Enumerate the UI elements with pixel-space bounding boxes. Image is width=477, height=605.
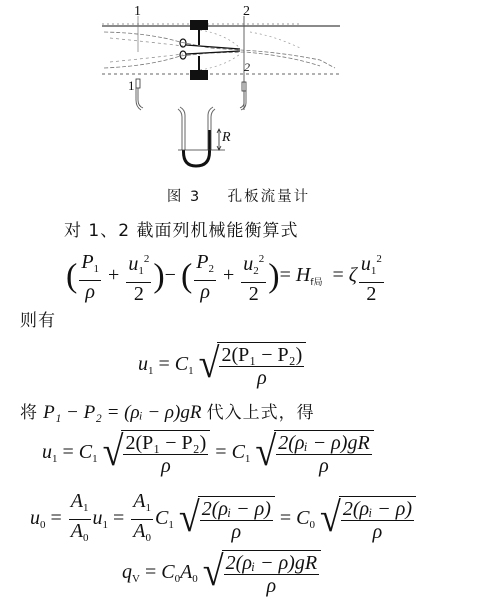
then-text: 则有 bbox=[20, 306, 56, 331]
figure-caption: 图 3 孔板流量计 bbox=[0, 185, 477, 206]
orifice-diagram-icon bbox=[0, 0, 477, 178]
substitution-text: 将 P₁ − P₂ = (ρᵢ − ρ)gR 代入上式，得 bbox=[20, 398, 315, 424]
qv-equation: qV = C0A0 √2(ρᵢ − ρ)gRρ bbox=[122, 550, 321, 597]
reading-r-label: R bbox=[222, 130, 231, 146]
orifice-flowmeter-figure: 1 2 1 2 R bbox=[0, 0, 477, 178]
figure-number: 图 3 bbox=[167, 189, 201, 205]
tap-1-label: 1 bbox=[128, 78, 135, 94]
figure-title: 孔板流量计 bbox=[228, 189, 311, 205]
section-1-label: 1 bbox=[134, 4, 141, 20]
intro-text: 对 1、2 截面列机械能衡算式 bbox=[64, 216, 298, 241]
u1-equation: u1 = C1 √2(P₁ − P₂)ρ bbox=[138, 342, 306, 389]
energy-balance-equation: (P1ρ + u122)− (P2ρ + u222)= Hf局 = ζu122 bbox=[66, 248, 386, 305]
u0-equation: u0 = A1A0u1 = A1A0C1 √2(ρᵢ − ρ)ρ = C0 √2… bbox=[30, 490, 416, 549]
tap-2-label: 2 bbox=[244, 60, 250, 75]
u1-full-equation: u1 = C1 √2(P₁ − P₂)ρ = C1 √2(ρᵢ − ρ)gRρ bbox=[42, 430, 374, 477]
section-2-label: 2 bbox=[243, 4, 250, 20]
